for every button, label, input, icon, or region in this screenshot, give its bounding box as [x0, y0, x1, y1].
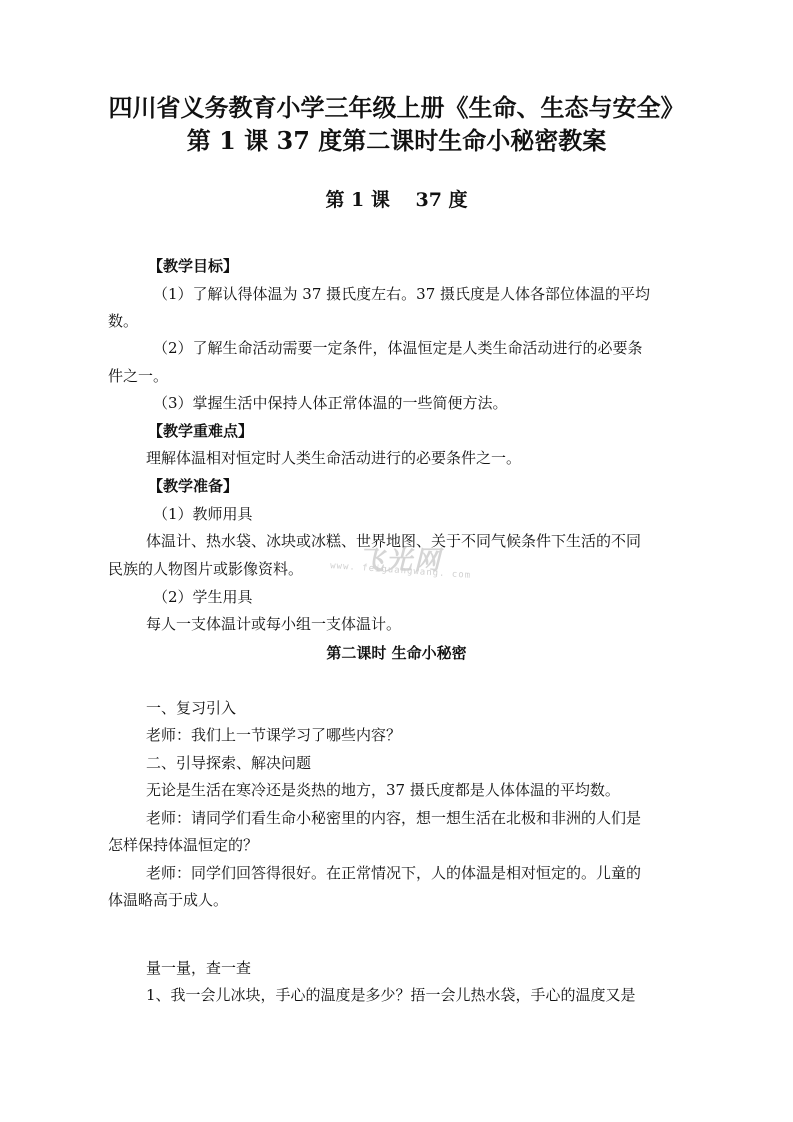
goal-2-line-1: （2）了解生命活动需要一定条件，体温恒定是人类生命活动进行的必要条: [153, 337, 643, 359]
second-period-heading: 第二课时 生命小秘密: [0, 642, 793, 664]
paragraph-1: 无论是生活在寒冷还是炎热的地方，37 摄氏度都是人体体温的平均数。: [146, 779, 620, 801]
teacher-tools-line-2: 民族的人物图片或影像资料。: [108, 558, 303, 580]
document-title-line-1: 四川省义务教育小学三年级上册《生命、生态与安全》: [0, 92, 793, 124]
goal-2-line-2: 件之一。: [108, 365, 168, 387]
preparation-heading: 【教学准备】: [148, 475, 238, 497]
goals-heading: 【教学目标】: [148, 255, 238, 277]
student-tools-text: 每人一支体温计或每小组一支体温计。: [146, 613, 401, 635]
goal-1-line-1: （1）了解认得体温为 37 摄氏度左右。37 摄氏度是人体各部位体温的平均: [153, 283, 650, 305]
document-page: 四川省义务教育小学三年级上册《生命、生态与安全》 第 1 课 37 度第二课时生…: [0, 0, 793, 1122]
teacher-question-1: 老师：我们上一节课学习了哪些内容？: [146, 724, 401, 746]
teacher-tools-line-1: 体温计、热水袋、冰块或冰糕、世界地图、关于不同气候条件下生活的不同: [146, 530, 641, 552]
paragraph-2-line-2: 怎样保持体温恒定的？: [108, 834, 258, 856]
paragraph-3-line-2: 体温略高于成人。: [108, 889, 228, 911]
document-title-line-2: 第 1 课 37 度第二课时生命小秘密教案: [0, 125, 793, 157]
activity-item-1: 1、我一会儿冰块，手心的温度是多少？捂一会儿热水袋，手心的温度又是: [146, 984, 636, 1006]
paragraph-3-line-1: 老师：同学们回答得很好。在正常情况下，人的体温是相对恒定的。儿童的: [146, 862, 641, 884]
watermark-url: www. feiguangwang. com: [330, 561, 472, 581]
key-points-heading: 【教学重难点】: [148, 420, 253, 442]
lesson-heading: 第 1 课 37 度: [0, 186, 793, 214]
teacher-tools-label: （1）教师用具: [153, 503, 253, 525]
paragraph-2-line-1: 老师：请同学们看生命小秘密里的内容，想一想生活在北极和非洲的人们是: [146, 807, 641, 829]
activity-heading: 量一量，查一查: [146, 957, 251, 979]
goal-1-line-2: 数。: [108, 310, 138, 332]
part-1-heading: 一、复习引入: [146, 697, 236, 719]
part-2-heading: 二、引导探索、解决问题: [146, 752, 311, 774]
goal-3: （3）掌握生活中保持人体正常体温的一些简便方法。: [153, 392, 508, 414]
student-tools-label: （2）学生用具: [153, 586, 253, 608]
key-points-text: 理解体温相对恒定时人类生命活动进行的必要条件之一。: [146, 447, 521, 469]
